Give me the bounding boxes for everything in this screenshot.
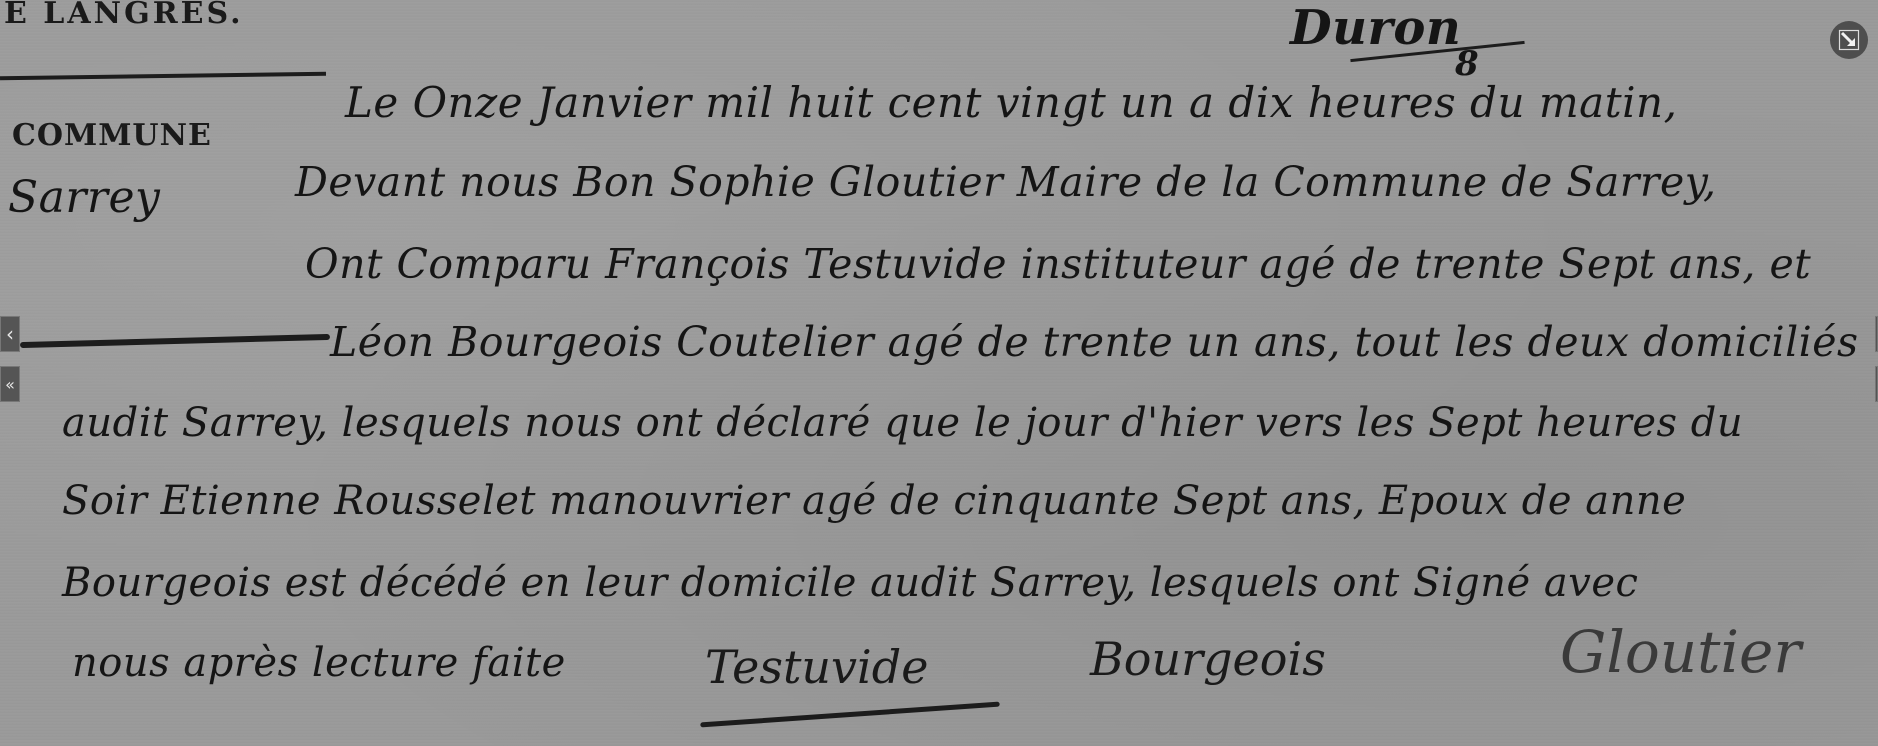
document-line-5: audit Sarrey, lesquels nous ont déclaré … [62, 400, 1743, 446]
signature-gloutier: Gloutier [1560, 618, 1801, 686]
document-line-4: Léon Bourgeois Coutelier agé de trente u… [330, 318, 1859, 366]
first-page-button[interactable]: « [0, 366, 20, 402]
commune-label: COMMUNE [12, 118, 212, 153]
document-line-6: Soir Etienne Rousselet manouvrier agé de… [62, 478, 1686, 524]
document-line-8: nous après lecture faite [72, 640, 566, 686]
printed-header: E LANGRES. [4, 0, 244, 31]
signature-bourgeois: Bourgeois [1090, 632, 1326, 686]
document-line-1: Le Onze Janvier mil huit cent vingt un a… [345, 78, 1677, 127]
document-line-3: Ont Comparu François Testuvide institute… [305, 240, 1811, 288]
commune-name: Sarrey [8, 172, 160, 223]
top-annotation: Duron [1290, 0, 1461, 56]
document-line-2: Devant nous Bon Sophie Gloutier Maire de… [295, 158, 1717, 206]
shrink-arrow-icon [1838, 29, 1860, 51]
previous-page-button[interactable]: ‹ [0, 316, 20, 352]
chevron-left-icon: ‹ [6, 322, 14, 346]
document-line-7: Bourgeois est décédé en leur domicile au… [62, 560, 1638, 606]
double-chevron-left-icon: « [5, 375, 15, 394]
signature-testuvide: Testuvide [705, 640, 928, 694]
exit-fullscreen-button[interactable] [1830, 21, 1868, 59]
